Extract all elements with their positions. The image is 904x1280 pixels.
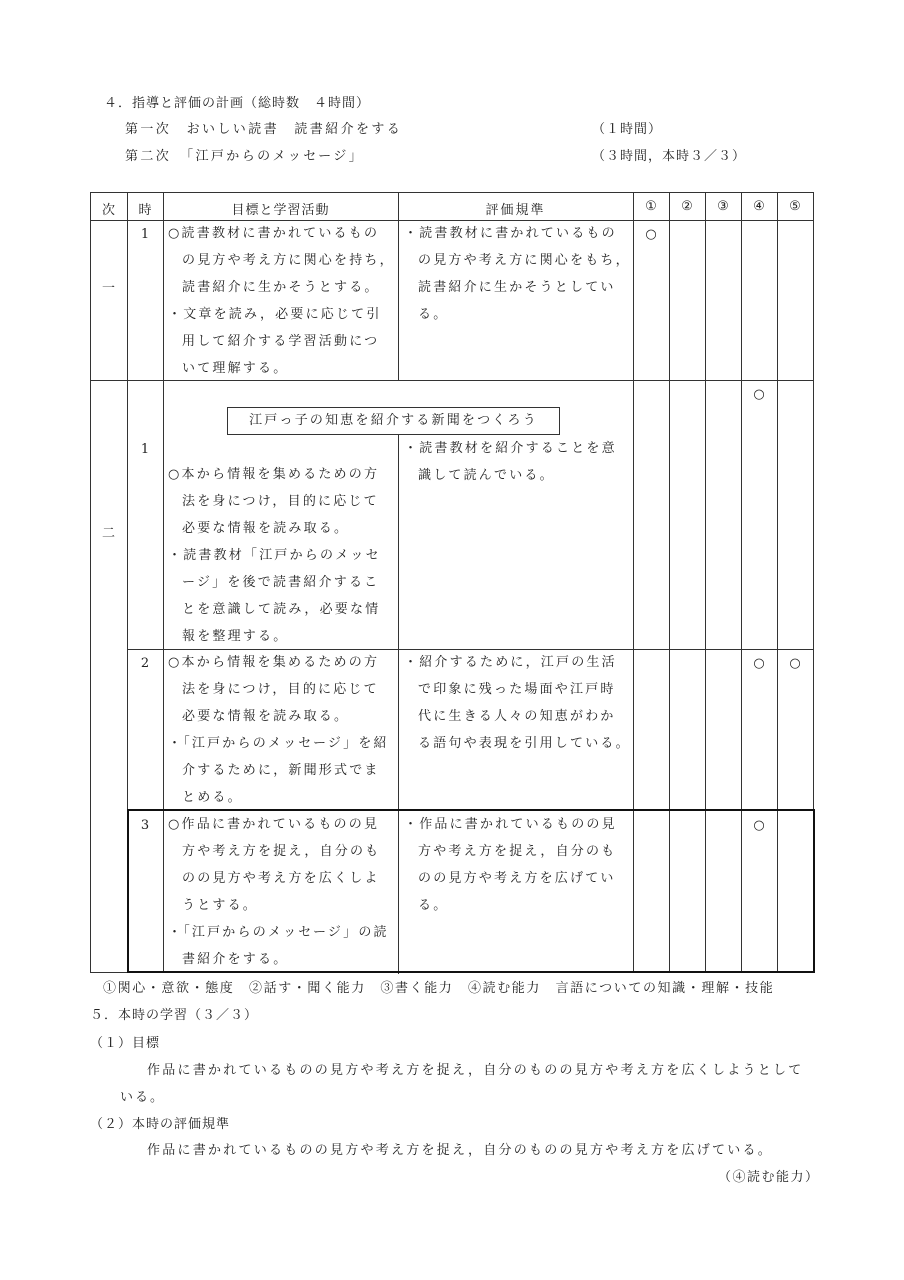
hour-number: 2	[127, 656, 163, 671]
goal-label: （１）目標	[90, 1032, 160, 1051]
phase2-hours: （３時間，本時３／３）	[592, 145, 746, 164]
header-phase: 次	[90, 199, 127, 218]
phase-label-1: 一	[90, 277, 127, 296]
activities-cell: ○本から情報を集めるための方 法を身につけ，目的に応じて 必要な情報を読み取る。…	[168, 461, 381, 650]
header-criterion-4: ④	[741, 199, 777, 214]
header-criterion-5: ⑤	[777, 199, 813, 214]
phase1-hours: （１時間）	[592, 118, 662, 137]
hour-number: 1	[127, 227, 163, 242]
mark-criterion-4: ○	[741, 387, 777, 402]
criteria-ability: （④読む能力）	[718, 1166, 820, 1185]
activities-cell: ○本から情報を集めるための方 法を身につけ，目的に応じて 必要な情報を読み取る。…	[168, 649, 389, 811]
criteria-text: 作品に書かれているものの見方や考え方を捉え，自分のものの見方や考え方を広げている…	[147, 1139, 773, 1158]
mark-criterion-1: ○	[633, 227, 669, 242]
hour-number: 1	[127, 442, 163, 457]
header-activities: 目標と学習活動	[163, 199, 398, 218]
mark-criterion-4: ○	[741, 818, 777, 833]
mark-criterion-4: ○	[741, 656, 777, 671]
section4-heading: ４．指導と評価の計画（総時数 ４時間）	[104, 92, 370, 111]
phase2-label: 第二次 「江戸からのメッセージ」	[125, 145, 364, 164]
header-criterion-3: ③	[705, 199, 741, 214]
goal-text-line2: いる。	[120, 1086, 165, 1105]
hour-number: 3	[127, 818, 163, 833]
criteria-cell: ・読書教材を紹介することを意 識して読んでいる。	[404, 435, 617, 489]
header-hour: 時	[127, 199, 163, 218]
mark-criterion-5: ○	[777, 656, 813, 671]
criteria-cell: ・紹介するために，江戸の生活 で印象に残った場面や江戸時 代に生きる人々の知恵が…	[404, 649, 631, 757]
header-criterion-2: ②	[669, 199, 705, 214]
header-criteria: 評価規準	[398, 199, 633, 218]
activities-cell: ○読書教材に書かれているもの の見方や考え方に関心を持ち， 読書紹介に生かそうと…	[168, 220, 395, 382]
phase1-label: 第一次 おいしい読書 読書紹介をする	[125, 118, 402, 137]
section5-heading: ５．本時の学習（３／３）	[90, 1004, 258, 1023]
activities-cell: ○作品に書かれているものの見 方や考え方を捉え，自分のも のの見方や考え方を広く…	[168, 811, 389, 973]
goal-text-line1: 作品に書かれているものの見方や考え方を捉え，自分のものの見方や考え方を広くしよう…	[147, 1059, 804, 1078]
criteria-label: （２）本時の評価規準	[90, 1113, 230, 1132]
header-criterion-1: ①	[633, 199, 669, 214]
criteria-cell: ・読書教材に書かれているもの の見方や考え方に関心をもち， 読書紹介に生かそうと…	[404, 220, 631, 328]
unit-goal-box: 江戸っ子の知恵を紹介する新聞をつくろう	[227, 407, 560, 435]
criteria-legend: ①関心・意欲・態度 ②話す・聞く能力 ③書く能力 ④読む能力 言語についての知識…	[103, 977, 774, 996]
phase-label-2: 二	[90, 522, 127, 541]
criteria-cell: ・作品に書かれているものの見 方や考え方を捉え，自分のも のの見方や考え方を広げ…	[404, 811, 617, 919]
